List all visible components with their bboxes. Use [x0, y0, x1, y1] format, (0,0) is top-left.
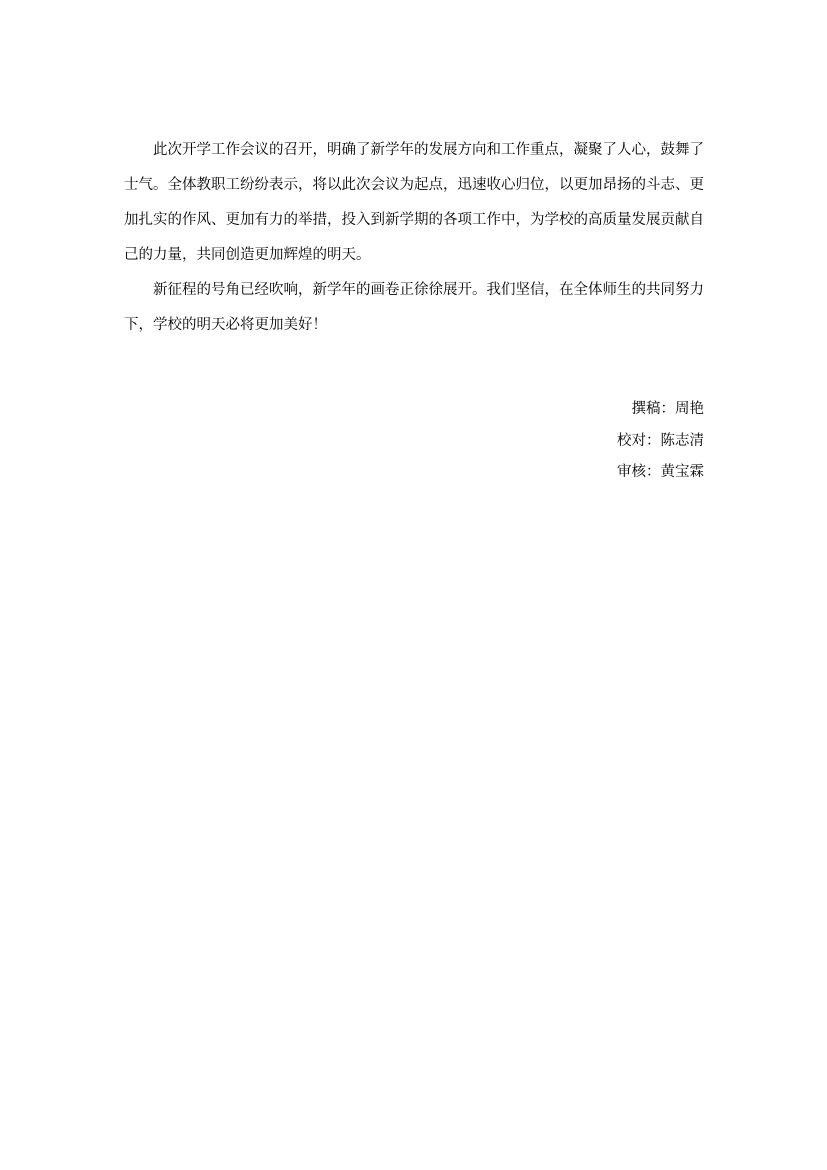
body-paragraph-2: 新征程的号角已经吹响，新学年的画卷正徐徐展开。我们坚信，在全体师生的共同努力下，…	[124, 273, 704, 343]
signature-line-reviewer: 审核：黄宝霖	[124, 457, 704, 489]
signature-block: 撰稿：周艳 校对：陈志清 审核：黄宝霖	[124, 394, 704, 489]
body-paragraph-1: 此次开学工作会议的召开，明确了新学年的发展方向和工作重点，凝聚了人心，鼓舞了士气…	[124, 133, 704, 273]
signature-line-proofreader: 校对：陈志清	[124, 426, 704, 458]
signature-line-author: 撰稿：周艳	[124, 394, 704, 426]
document-page: 此次开学工作会议的召开，明确了新学年的发展方向和工作重点，凝聚了人心，鼓舞了士气…	[0, 0, 827, 1170]
document-content: 此次开学工作会议的召开，明确了新学年的发展方向和工作重点，凝聚了人心，鼓舞了士气…	[124, 133, 704, 489]
